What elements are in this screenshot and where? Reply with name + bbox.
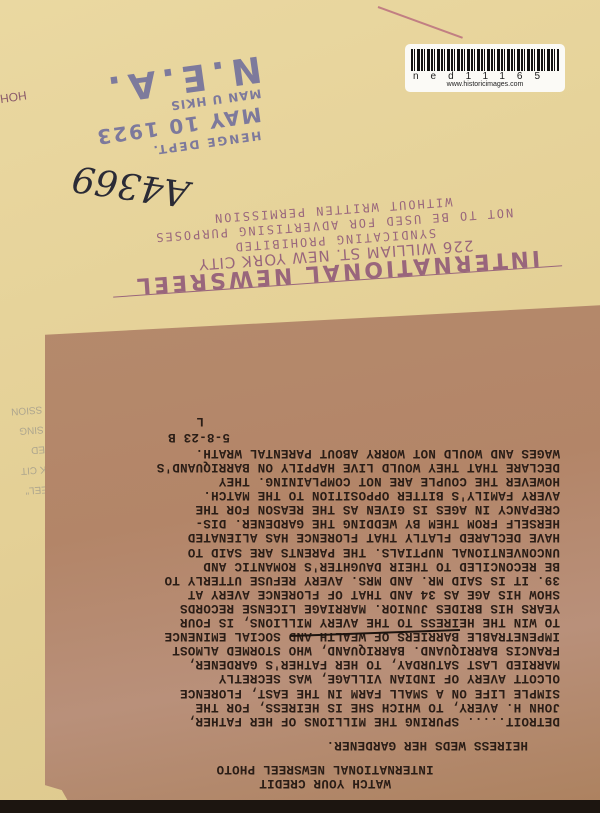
caption-initial: L	[60, 414, 204, 428]
caption-line: AVERY FAMILY'S BITTER OPPOSITION TO THE …	[60, 488, 560, 502]
nea-received-stamp: HENGE DEPT. MAY 10 1923 MAN U HKIS N.E.A…	[92, 60, 262, 156]
caption-date-code: 5-8-23 B	[60, 430, 230, 444]
fragment: SING	[0, 419, 44, 442]
credit-line-2: INTERNATIONAL NEWSREEL PHOTO	[60, 762, 590, 776]
barcode-label: ned11165 www.historicimages.com	[405, 44, 565, 92]
caption-line: MARRIED LAST SATURDAY, TO HER FATHER'S G…	[60, 657, 560, 671]
caption-line: UNCONVENTIONAL NUPTIALS. THE PARENTS ARE…	[60, 545, 560, 559]
fragment: EEL"	[2, 478, 48, 501]
caption-line: OLCOTT AVERY OF INDIAN VILLAGE, WAS SECR…	[60, 671, 560, 685]
fragment: SSION	[0, 399, 43, 422]
caption-line: SIMPLE LIFE ON A SMALL FARM IN THE EAST,…	[60, 685, 560, 699]
scan-edge	[0, 800, 600, 813]
left-stamp-fragments: EEL" K CIT ED SING SSION	[0, 399, 48, 502]
caption-line: YEARS HIS BRIDES JUNIOR. MARRIAGE LICENS…	[60, 601, 560, 615]
caption-line: DETROIT..... SPURING THE MILLIONS OF HER…	[60, 714, 560, 728]
caption-line: FRANCIS BARRIQUAND. BARRIQUAND, WHO STOR…	[60, 643, 560, 657]
caption-line: HOWEVER THE COUPLE ARE NOT COMPLAINING. …	[60, 474, 560, 488]
typed-caption: WATCH YOUR CREDIT INTERNATIONAL NEWSREEL…	[60, 340, 560, 790]
caption-line: 39. IT IS SAID MR. AND MRS. AVERY REFUSE…	[60, 573, 560, 587]
caption-line: JOHN H. AVERY, TO WHICH SHE IS HEIRESS, …	[60, 700, 560, 714]
fragment: K CIT	[1, 458, 47, 481]
caption-line: HAVE DECLARED FLATLY THAT FLORENCE HAS A…	[60, 530, 560, 544]
caption-line: WAGES AND WOULD NOT WORRY ABOUT PARENTAL…	[60, 446, 560, 460]
barcode-bars	[411, 49, 559, 71]
caption-line: TO WIN THE HEIRESS TO THE AVERY MILLIONS…	[60, 615, 560, 629]
caption-line: HERSELF FROM THEM BY WEDDING THE GARDENE…	[60, 516, 560, 530]
fragment: ED	[0, 438, 46, 461]
credit-line-1: WATCH YOUR CREDIT	[60, 776, 590, 790]
caption-line: SHOW HIS AGE AS 34 AND THAT OF FLORENCE …	[60, 587, 560, 601]
barcode-website: www.historicimages.com	[405, 81, 565, 88]
caption-headline: HEIRESS WEDS HER GARDENER.	[60, 738, 528, 752]
caption-line: CREPANCY IN AGES IS GIVEN AS THE REASON …	[60, 502, 560, 516]
caption-line: BE RECONCILED TO THEIR DAUGHTER'S ROMANT…	[60, 559, 560, 573]
caption-line: DECLARE THAT THEY WOULD LIVE HAPPILY ON …	[60, 460, 560, 474]
